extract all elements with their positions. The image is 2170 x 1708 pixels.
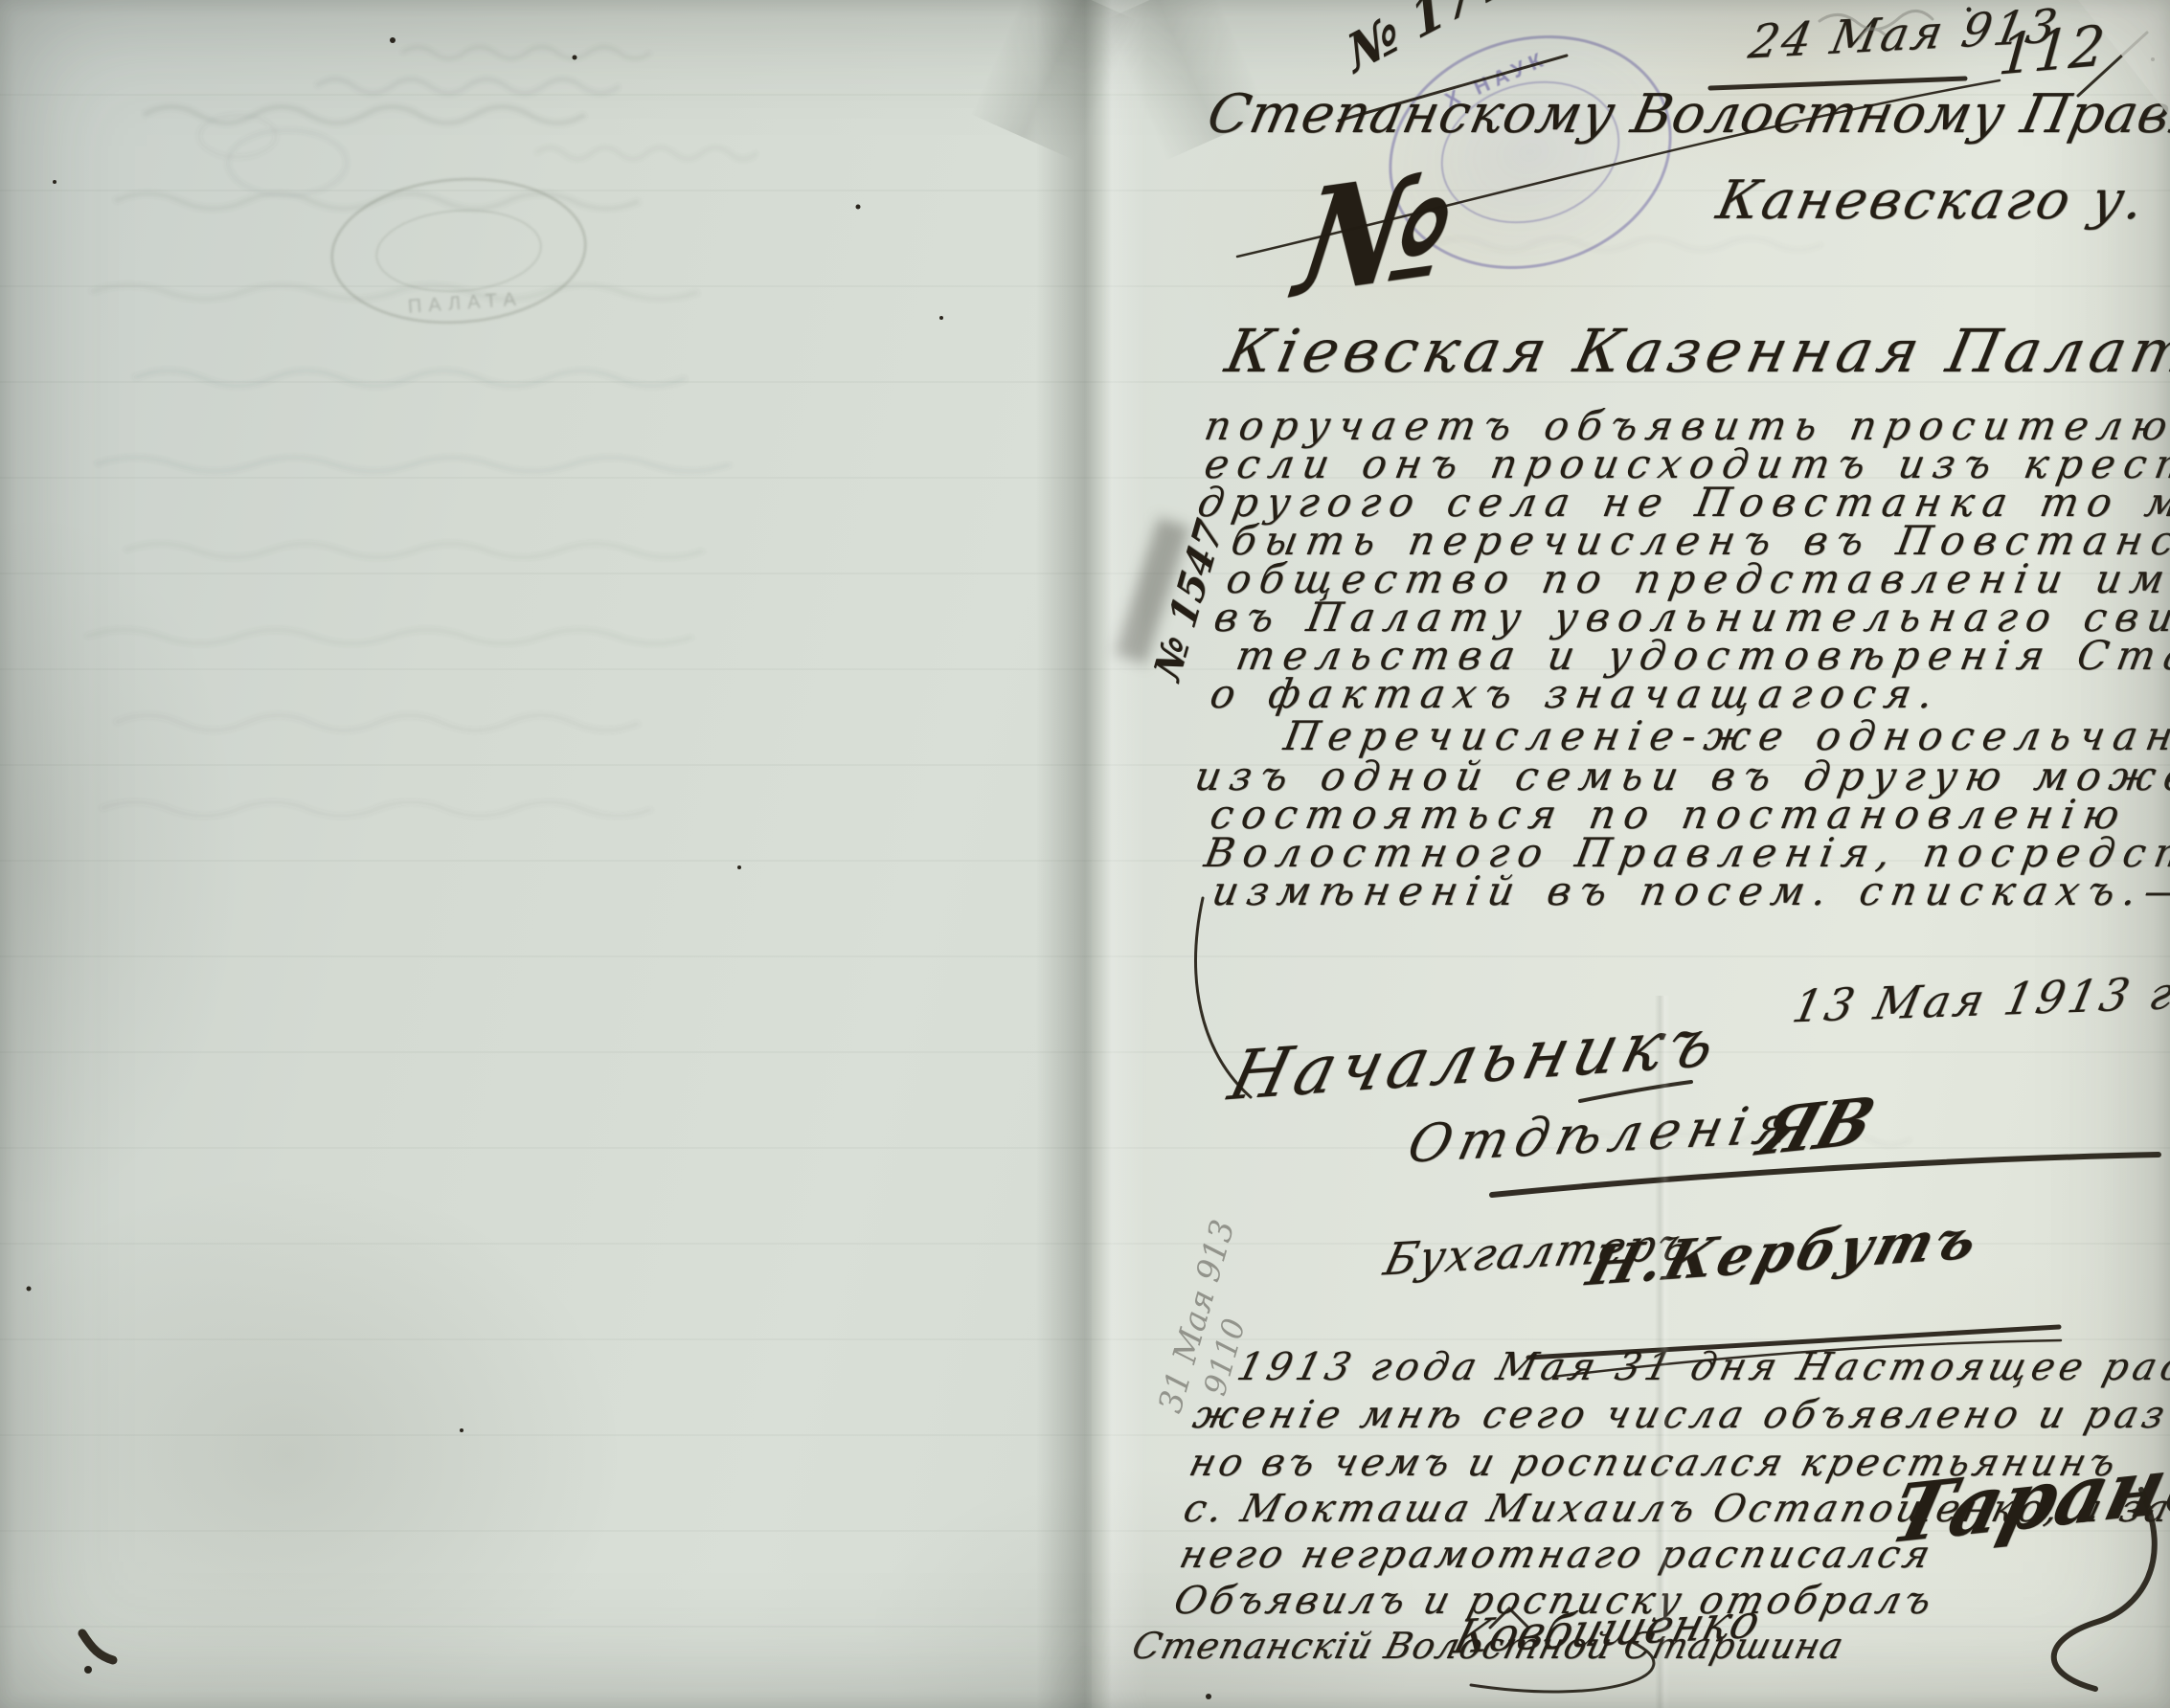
document-scan: ПАЛАТА Х НАУК № [0, 0, 2170, 1708]
attestation-line: женіе мнѣ сего числа объявлено и разъясн… [1189, 1396, 2170, 1434]
left-blank-page [0, 0, 1092, 1708]
letter-date: 13 Мая 1913 г. [1789, 970, 2170, 1028]
sheet-number: 112 [1997, 17, 2107, 82]
body-opening-line: Кіевская Казенная Палата — [1221, 322, 2170, 381]
attestation-line: 1913 года Мая 31 дня Настоящее распоря- [1233, 1348, 2170, 1386]
addressee-line-2: Каневскаго у. [1712, 174, 2152, 228]
body-line: измѣненій въ посем. спискахъ.— [1209, 871, 2170, 911]
numero-flourish: № [1290, 149, 1463, 317]
addressee-line-1: Степанскому Волостному Правленію, [1203, 88, 2170, 142]
attestation-line: него неграмотнаго расписался [1176, 1536, 1937, 1574]
body-line: о фактахъ значащагося. [1208, 674, 1945, 714]
body-line: Перечисленіе-же односельчанъ [1281, 716, 2170, 756]
